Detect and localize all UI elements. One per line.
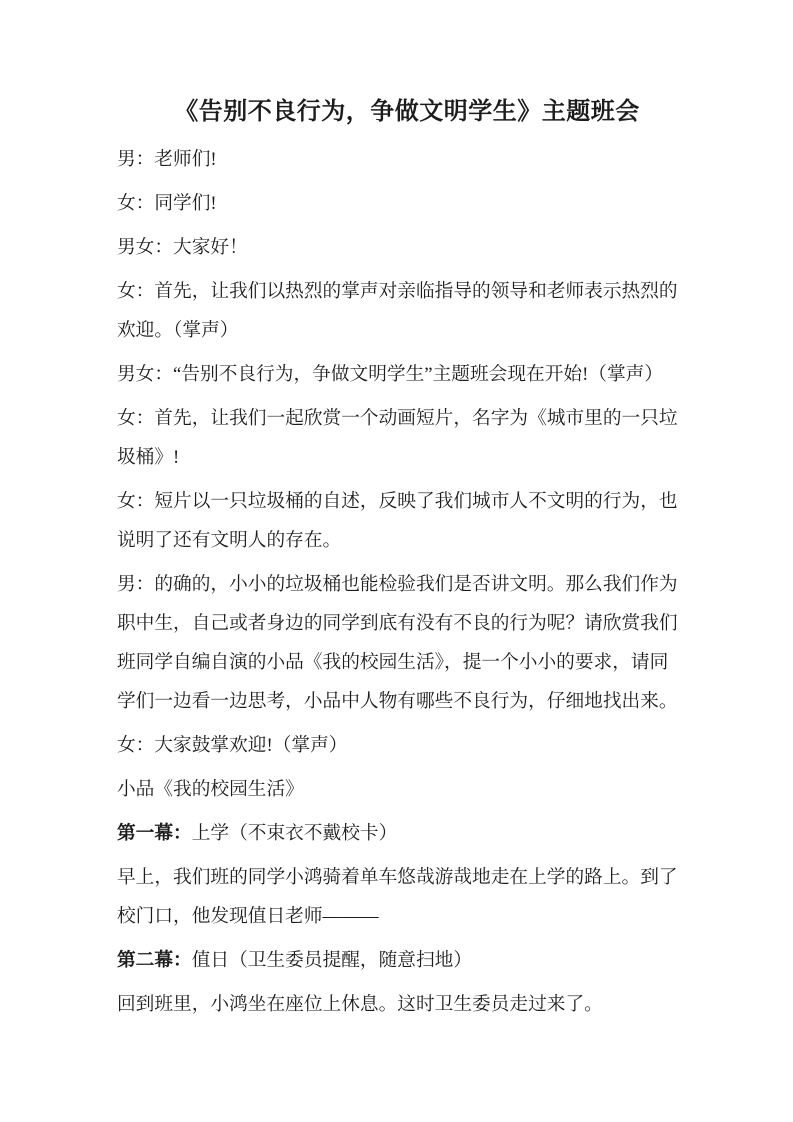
paragraph-line: 男：的确的，小小的垃圾桶也能检验我们是否讲文明。那么我们作为 bbox=[117, 565, 697, 604]
paragraph: 男女：“告别不良行为，争做文明学生”主题班会现在开始!（掌声） bbox=[117, 355, 697, 394]
paragraph-line: 女：短片以一只垃圾桶的自述，反映了我们城市人不文明的行为，也 bbox=[117, 482, 697, 521]
paragraph-line: 圾桶》! bbox=[117, 438, 697, 477]
paragraph: 女：同学们! bbox=[117, 184, 697, 223]
paragraph-line: 男女：“告别不良行为，争做文明学生”主题班会现在开始!（掌声） bbox=[117, 355, 697, 394]
document-page: 《告别不良行为，争做文明学生》主题班会 男：老师们!女：同学们!男女：大家好！女… bbox=[0, 0, 793, 1122]
paragraph-line: 女：首先，让我们以热烈的掌声对亲临指导的领导和老师表示热烈的 bbox=[117, 272, 697, 311]
paragraph: 小品《我的校园生活》 bbox=[117, 770, 697, 809]
paragraph-line: 男女：大家好！ bbox=[117, 228, 697, 267]
paragraph: 回到班里，小鸿坐在座位上休息。这时卫生委员走过来了。 bbox=[117, 985, 697, 1024]
paragraph-line: 说明了还有文明人的存在。 bbox=[117, 521, 697, 560]
paragraph-line: 欢迎。（掌声） bbox=[117, 311, 697, 350]
paragraph-line: 校门口，他发现值日老师——— bbox=[117, 897, 697, 936]
paragraph: 男女：大家好！ bbox=[117, 228, 697, 267]
paragraph-line: 第二幕：值日（卫生委员提醒，随意扫地） bbox=[117, 941, 697, 980]
paragraph-line: 回到班里，小鸿坐在座位上休息。这时卫生委员走过来了。 bbox=[117, 985, 697, 1024]
paragraph-line: 男：老师们! bbox=[117, 140, 697, 179]
paragraph: 男：老师们! bbox=[117, 140, 697, 179]
scene-label: 第二幕： bbox=[117, 950, 192, 971]
document-body: 《告别不良行为，争做文明学生》主题班会 男：老师们!女：同学们!男女：大家好！女… bbox=[117, 0, 697, 1029]
paragraph-line: 职中生，自己或者身边的同学到底有没有不良的行为呢？请欣赏我们 bbox=[117, 604, 697, 643]
paragraph: 男：的确的，小小的垃圾桶也能检验我们是否讲文明。那么我们作为职中生，自己或者身边… bbox=[117, 565, 697, 721]
paragraph: 第一幕：上学（不束衣不戴校卡） bbox=[117, 814, 697, 853]
paragraph-line: 女：首先，让我们一起欣赏一个动画短片，名字为《城市里的一只垃 bbox=[117, 399, 697, 438]
paragraph: 女：首先，让我们以热烈的掌声对亲临指导的领导和老师表示热烈的欢迎。（掌声） bbox=[117, 272, 697, 350]
paragraph: 早上，我们班的同学小鸿骑着单车悠哉游哉地走在上学的路上。到了校门口，他发现值日老… bbox=[117, 858, 697, 936]
paragraph: 女：短片以一只垃圾桶的自述，反映了我们城市人不文明的行为，也说明了还有文明人的存… bbox=[117, 482, 697, 560]
paragraph-line: 早上，我们班的同学小鸿骑着单车悠哉游哉地走在上学的路上。到了 bbox=[117, 858, 697, 897]
paragraph-line: 第一幕：上学（不束衣不戴校卡） bbox=[117, 814, 697, 853]
document-title: 《告别不良行为，争做文明学生》主题班会 bbox=[117, 97, 697, 127]
paragraph-line: 女：同学们! bbox=[117, 184, 697, 223]
paragraph-line: 女：大家鼓掌欢迎!（掌声） bbox=[117, 726, 697, 765]
scene-label: 第一幕： bbox=[117, 823, 192, 844]
paragraph: 第二幕：值日（卫生委员提醒，随意扫地） bbox=[117, 941, 697, 980]
paragraph-line: 学们一边看一边思考，小品中人物有哪些不良行为，仔细地找出来。 bbox=[117, 682, 697, 721]
paragraph-line: 小品《我的校园生活》 bbox=[117, 770, 697, 809]
paragraph: 女：首先，让我们一起欣赏一个动画短片，名字为《城市里的一只垃圾桶》! bbox=[117, 399, 697, 477]
paragraph-line: 班同学自编自演的小品《我的校园生活》，提一个小小的要求，请同 bbox=[117, 643, 697, 682]
paragraph: 女：大家鼓掌欢迎!（掌声） bbox=[117, 726, 697, 765]
